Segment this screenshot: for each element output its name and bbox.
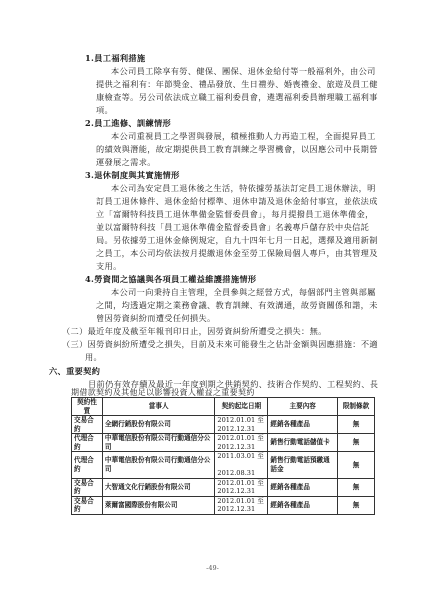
- cell-type: 代理合約: [72, 452, 103, 479]
- contracts-table: 契約性質 當事人 契約起迄日期 主要內容 限制條款 交易合約 全網行銷股份有限公…: [71, 397, 375, 515]
- cell-restriction: 無: [338, 416, 375, 434]
- cell-content: 銷售行動電話預繳通話金: [268, 452, 338, 479]
- document-page: 1.員工福利措施 本公司員工除享有勞、健保、團保、退休金給付等一般福利外，由公司…: [0, 0, 425, 600]
- cell-party: 萊爾富國際股份有限公司: [102, 496, 215, 514]
- table-row: 代理合約 中華電信股份有限公司行動通信分公司 2012.01.01 至2012.…: [72, 434, 375, 452]
- table-header-row: 契約性質 當事人 契約起迄日期 主要內容 限制條款: [72, 398, 375, 416]
- item4-body-line: 之間，均透過定期之業務會議、教育訓練、有效溝通，故勞資關係和諧，未: [96, 300, 378, 311]
- cell-party: 中華電信股份有限公司行動通信分公司: [102, 434, 215, 452]
- cell-content: 經銷各種產品: [268, 478, 338, 496]
- cell-content: 銷售行動電話儲值卡: [268, 434, 338, 452]
- cell-party: 中華電信股份有限公司行動通信分公司: [102, 452, 215, 479]
- section6-title: 六、重要契約: [49, 366, 100, 377]
- cell-restriction: 無: [338, 452, 375, 479]
- cell-type: 交易合約: [72, 496, 103, 514]
- cell-restriction: 無: [338, 478, 375, 496]
- cell-party: 大智通文化行銷股份有限公司: [102, 478, 215, 496]
- item1-title: 1.員工福利措施: [85, 53, 145, 64]
- cell-period: 2012.01.01 至2012.12.31: [215, 496, 268, 514]
- item1-body-line: 康檢查等。另公司依法成立職工福利委員會，遴選福利委員辦理職工福利事: [96, 92, 378, 103]
- header-restriction: 限制條款: [338, 398, 375, 416]
- cell-content: 經銷各種產品: [268, 496, 338, 514]
- item3-body-line: 局。另依據勞工退休金條例規定，自九十四年七月一日起，選擇及適用新制: [96, 235, 378, 246]
- cell-period: 2011.03.01 至2012.08.31: [215, 452, 268, 479]
- table-row: 交易合約 全網行銷股份有限公司 2012.01.01 至2012.12.31 經…: [72, 416, 375, 434]
- item1-body-line: 本公司員工除享有勞、健保、團保、退休金給付等一般福利外，由公司: [111, 66, 376, 77]
- header-content: 主要內容: [268, 398, 338, 416]
- cell-period: 2012.01.01 至2012.12.31: [215, 434, 268, 452]
- header-party: 當事人: [102, 398, 215, 416]
- table-row: 交易合約 萊爾富國際股份有限公司 2012.01.01 至2012.12.31 …: [72, 496, 375, 514]
- cell-party: 全網行銷股份有限公司: [102, 416, 215, 434]
- cell-type: 交易合約: [72, 478, 103, 496]
- page-number: -49-: [0, 564, 425, 572]
- item2-title: 2.員工進修、訓練情形: [85, 118, 171, 129]
- cell-type: 交易合約: [72, 416, 103, 434]
- header-period: 契約起迄日期: [215, 398, 268, 416]
- sub-item-2: （二）最近年度及截至年報刊印日止，因勞資糾紛所遭受之損失：無。: [62, 326, 327, 337]
- cell-period: 2012.01.01 至2012.12.31: [215, 478, 268, 496]
- item2-body-line: 運發展之需求。: [96, 157, 156, 168]
- item3-body-line: 之員工，本公司均依法按月提繳退休金至勞工保險局個人專戶，由其管理及: [96, 248, 378, 259]
- cell-restriction: 無: [338, 496, 375, 514]
- item3-body-line: 本公司為安定員工退休後之生活，特依據勞基法訂定員工退休辦法，明: [111, 183, 376, 194]
- item3-body-line: 立「富爾特科技員工退休準備金監督委員會」，每月提撥員工退休準備金，: [96, 209, 374, 220]
- cell-period: 2012.01.01 至2012.12.31: [215, 416, 268, 434]
- item4-body-line: 曾因勞資糾紛而遭受任何損失。: [96, 313, 216, 324]
- item3-title: 3.退休制度與其實施情形: [85, 170, 180, 181]
- cell-content: 經銷各種產品: [268, 416, 338, 434]
- item1-body-line: 項。: [96, 105, 113, 116]
- item3-body-line: 訂員工退休條件、退休金給付標準、退休申請及退休金給付事宜，並依法成: [96, 196, 378, 207]
- item2-body-line: 的績效與潛能，故定期提供員工教育訓練之學習機會，以因應公司中長期營: [96, 144, 378, 155]
- sub-item-3-cont: 用。: [85, 352, 102, 363]
- item4-body-line: 本公司一向秉持自主管理，全員參與之經營方式，每個部門主管與部屬: [111, 287, 376, 298]
- sub-item-3: （三）因勞資糾紛所遭受之損失，目前及未來可能發生之估計金額與因應措施：不適: [62, 339, 378, 350]
- cell-type: 代理合約: [72, 434, 103, 452]
- item3-body-line: 並以富爾特科技「員工退休準備金監督委員會」名義專戶儲存於中央信託: [96, 222, 369, 233]
- cell-restriction: 無: [338, 434, 375, 452]
- item4-title: 4.勞資間之協議與各項員工權益維護措施情形: [85, 274, 256, 285]
- item2-body-line: 本公司重視員工之學習與發展，積極推動人力再造工程，全面提昇員工: [111, 131, 376, 142]
- item1-body-line: 提供之福利有：年節獎金、禮品發放、生日禮券、婚喪禮金、旅遊及員工健: [96, 79, 378, 90]
- table-row: 交易合約 大智通文化行銷股份有限公司 2012.01.01 至2012.12.3…: [72, 478, 375, 496]
- header-contract-type: 契約性質: [72, 398, 103, 416]
- table-row: 代理合約 中華電信股份有限公司行動通信分公司 2011.03.01 至2012.…: [72, 452, 375, 479]
- item3-body-line: 支用。: [96, 261, 122, 272]
